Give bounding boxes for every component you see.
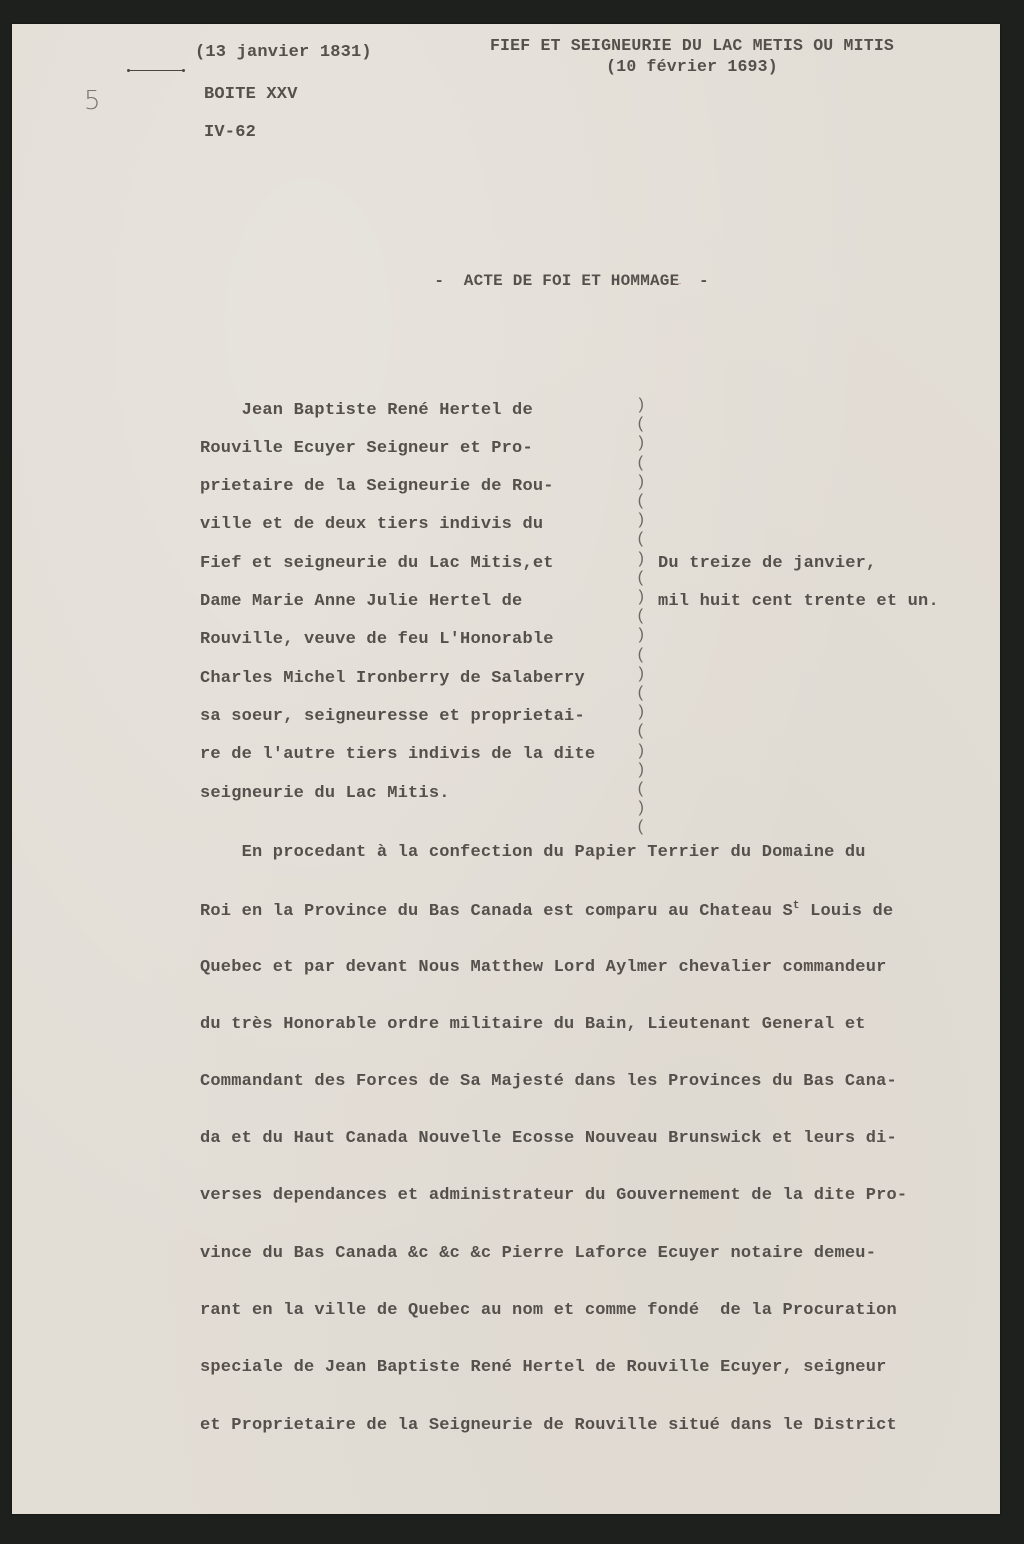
parties-line: sa soeur, seigneuresse et proprietai- [200, 708, 585, 725]
body-line-tail: Louis de [800, 902, 894, 921]
body-line: Roi en la Province du Bas Canada est com… [200, 901, 893, 920]
parties-line: seigneurie du Lac Mitis. [200, 785, 450, 802]
fief-title: FIEF ET SEIGNEURIE DU LAC METIS OU MITIS [412, 38, 972, 55]
parties-line: Dame Marie Anne Julie Hertel de [200, 593, 522, 610]
body-line: verses dependances et administrateur du … [200, 1187, 907, 1204]
header-box-number: BOITE XXV [204, 86, 298, 103]
fief-date: (10 février 1693) [412, 59, 972, 76]
parties-line: prietaire de la Seigneurie de Rou- [200, 478, 554, 495]
bracket-column: ) ( ) ( ) ( ) ( ) ( ) ( ) ( ) ( ) ( ) ) … [636, 396, 650, 838]
body-line-text: Roi en la Province du Bas Canada est com… [200, 902, 793, 921]
header-reference: IV-62 [204, 124, 256, 141]
header-date: (13 janvier 1831) [195, 44, 372, 61]
parties-line: Rouville Ecuyer Seigneur et Pro- [200, 440, 533, 457]
document-title: - ACTE DE FOI ET HOMMAGE - [382, 257, 722, 321]
body-line: Commandant des Forces de Sa Majesté dans… [200, 1073, 897, 1090]
body-line: du très Honorable ordre militaire du Bai… [200, 1016, 866, 1033]
parties-line: ville et de deux tiers indivis du [200, 516, 543, 533]
document-page: 5 (13 janvier 1831) BOITE XXV IV-62 FIEF… [12, 24, 1000, 1514]
parties-line: Charles Michel Ironberry de Salaberry [200, 670, 585, 687]
parties-line: Rouville, veuve de feu L'Honorable [200, 631, 554, 648]
body-line: et Proprietaire de la Seigneurie de Rouv… [200, 1417, 897, 1434]
body-line: vince du Bas Canada &c &c &c Pierre Lafo… [200, 1245, 876, 1262]
date-note-line: mil huit cent trente et un. [658, 593, 939, 610]
parties-line: Fief et seigneurie du Lac Mitis,et [200, 555, 554, 572]
body-line: da et du Haut Canada Nouvelle Ecosse Nou… [200, 1130, 897, 1147]
body-line: speciale de Jean Baptiste René Hertel de… [200, 1359, 887, 1376]
document-title-text: - ACTE DE FOI ET HOMMAGE - [434, 272, 708, 290]
margin-page-number: 5 [84, 86, 101, 116]
red-pencil-tick [675, 283, 681, 284]
date-note-line: Du treize de janvier, [658, 555, 876, 572]
body-line: rant en la ville de Quebec au nom et com… [200, 1302, 897, 1319]
parties-line: re de l'autre tiers indivis de la dite [200, 746, 595, 763]
margin-pen-mark [128, 70, 184, 71]
superscript: t [793, 900, 800, 912]
body-line: En procedant à la confection du Papier T… [200, 844, 866, 861]
body-line: Quebec et par devant Nous Matthew Lord A… [200, 959, 887, 976]
parties-line: Jean Baptiste René Hertel de [200, 402, 533, 419]
